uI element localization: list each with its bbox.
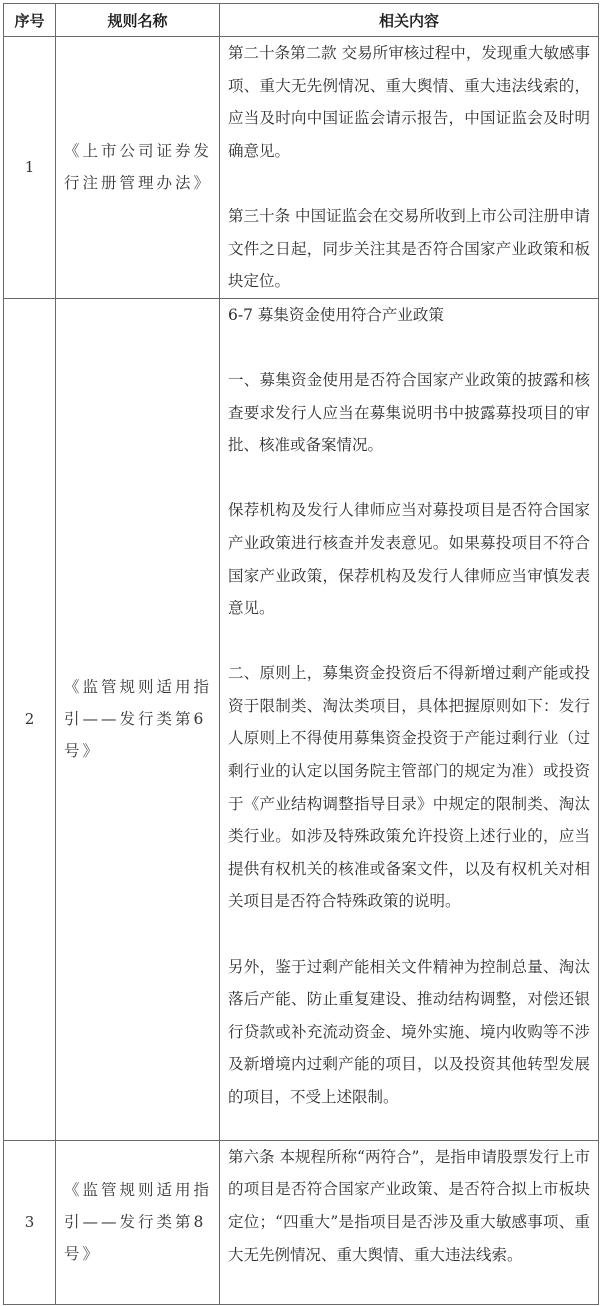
table-row: 3 《监管规则适用指引——发行类第8号》 第六条 本规程所称“两符合”，是指申请…	[4, 1140, 599, 1304]
table-header-row: 序号 规则名称 相关内容	[4, 4, 599, 37]
content-paragraph: 6-7 募集资金使用符合产业政策	[228, 299, 590, 332]
related-content: 第二十条第二款 交易所审核过程中，发现重大敏感事项、重大无先例情况、重大舆情、重…	[220, 37, 599, 299]
header-rule-name: 规则名称	[56, 4, 220, 37]
content-paragraph: 第二十条第二款 交易所审核过程中，发现重大敏感事项、重大无先例情况、重大舆情、重…	[228, 37, 590, 167]
content-paragraph: 另外，鉴于过剩产能相关文件精神为控制总量、淘汰落后产能、防止重复建设、推动结构调…	[228, 951, 590, 1114]
header-related-content: 相关内容	[220, 4, 599, 37]
table-row: 1 《上市公司证券发行注册管理办法》 第二十条第二款 交易所审核过程中，发现重大…	[4, 37, 599, 299]
rule-name: 《上市公司证券发行注册管理办法》	[56, 37, 220, 299]
rules-table: 序号 规则名称 相关内容 1 《上市公司证券发行注册管理办法》 第二十条第二款 …	[3, 3, 599, 1305]
related-content: 第六条 本规程所称“两符合”，是指申请股票发行上市的项目是否符合国家产业政策、是…	[220, 1140, 599, 1304]
content-paragraph: 一、募集资金使用是否符合国家产业政策的披露和核查要求发行人应当在募集说明书中披露…	[228, 364, 590, 462]
content-paragraph: 保荐机构及发行人律师应当对募投项目是否符合国家产业政策进行核查并发表意见。如果募…	[228, 494, 590, 624]
row-number: 3	[4, 1140, 56, 1304]
content-paragraph: 第六条 本规程所称“两符合”，是指申请股票发行上市的项目是否符合国家产业政策、是…	[228, 1141, 590, 1271]
content-paragraph: 二、原则上，募集资金投资后不得新增过剩产能或投资于限制类、淘汰类项目，具体把握原…	[228, 657, 590, 918]
table-row: 2 《监管规则适用指引——发行类第6号》 6-7 募集资金使用符合产业政策 一、…	[4, 298, 599, 1140]
rule-name: 《监管规则适用指引——发行类第6号》	[56, 298, 220, 1140]
header-serial-number: 序号	[4, 4, 56, 37]
related-content: 6-7 募集资金使用符合产业政策 一、募集资金使用是否符合国家产业政策的披露和核…	[220, 298, 599, 1140]
content-paragraph: 第三十条 中国证监会在交易所收到上市公司注册申请文件之日起，同步关注其是否符合国…	[228, 200, 590, 298]
row-number: 2	[4, 298, 56, 1140]
rule-name: 《监管规则适用指引——发行类第8号》	[56, 1140, 220, 1304]
row-number: 1	[4, 37, 56, 299]
